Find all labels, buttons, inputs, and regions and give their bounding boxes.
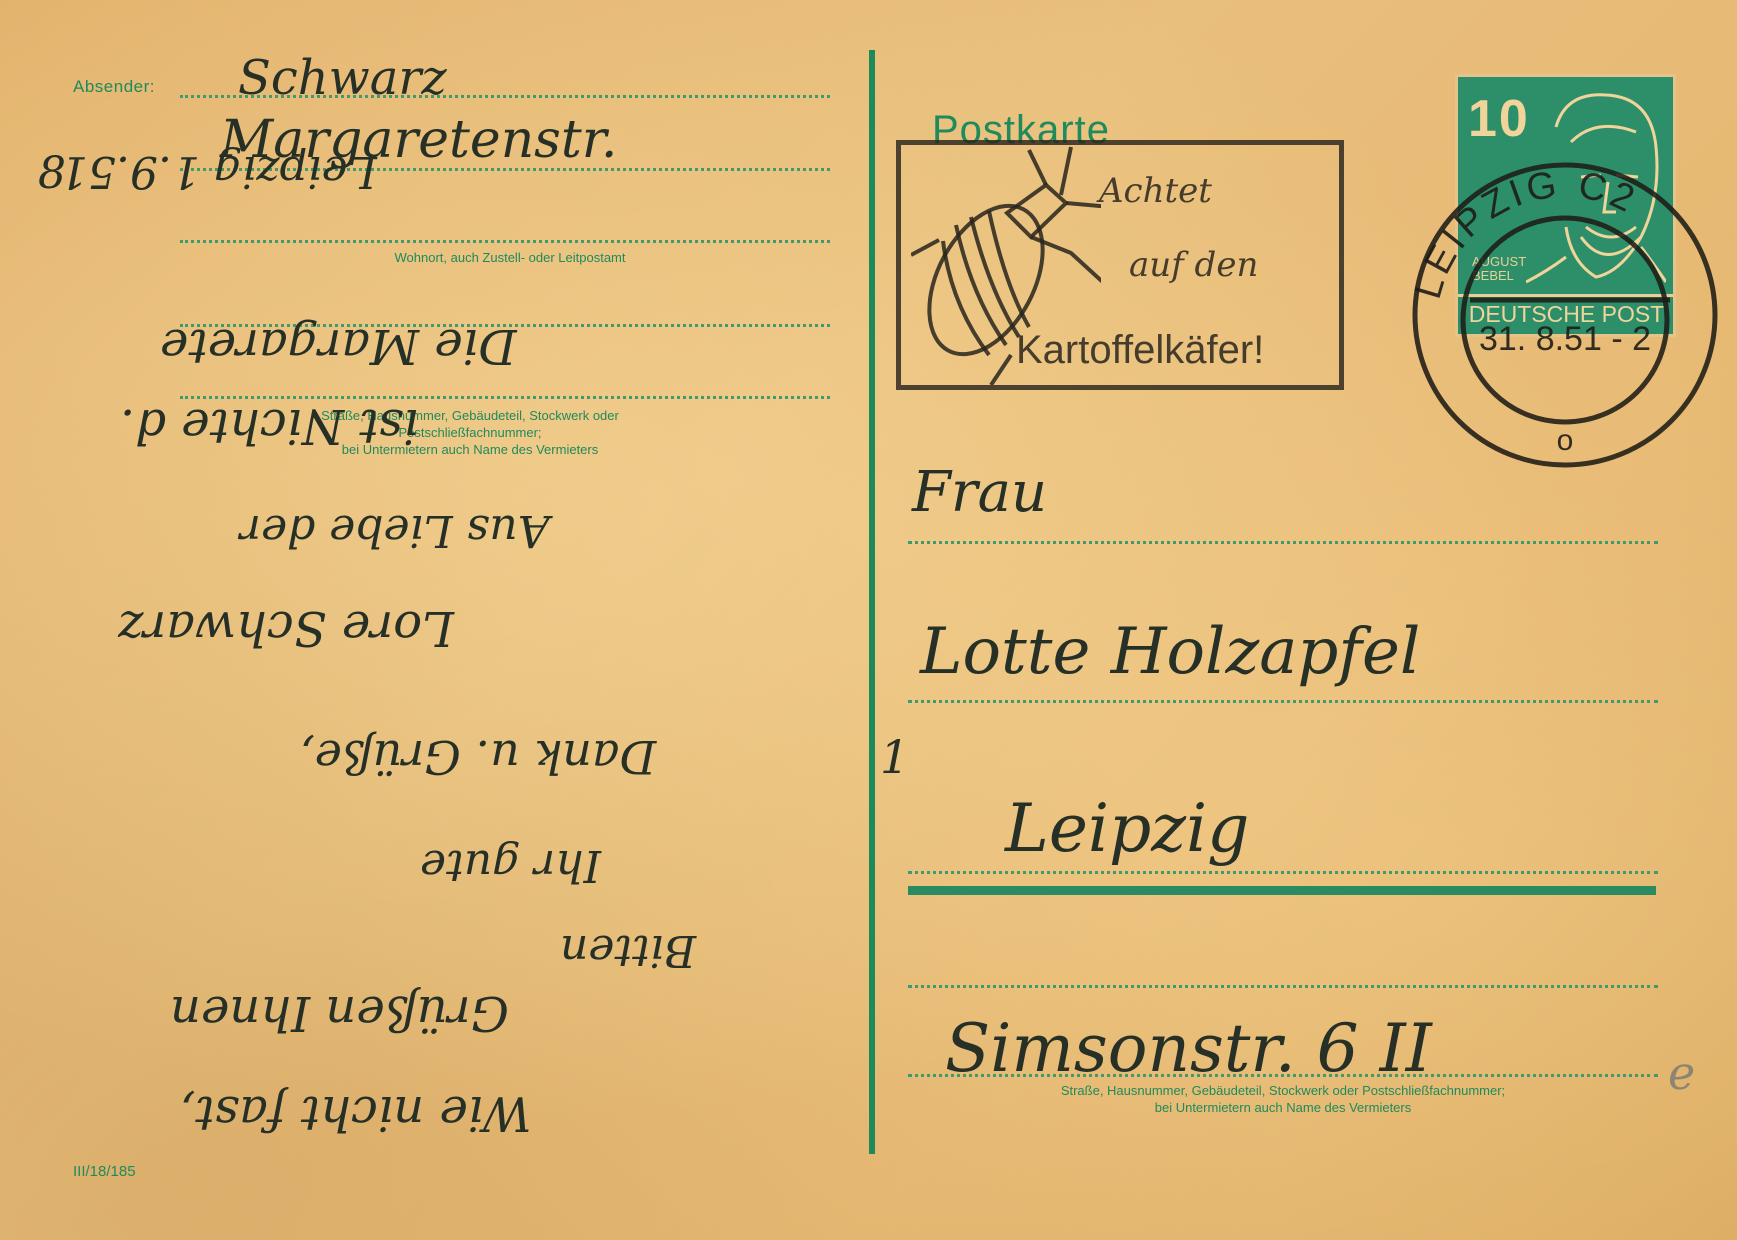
message-line: Bitten [560, 925, 696, 976]
message-line: Leipzig 1.9.51 [60, 146, 377, 197]
margin-note: 1 [880, 730, 909, 784]
recipient-salutation: Frau [912, 460, 1047, 525]
margin-note: 8 [38, 148, 66, 199]
svg-text:31. 8.51 - 2: 31. 8.51 - 2 [1479, 320, 1651, 358]
stamp-value: 10 [1468, 89, 1530, 149]
sender-line-caption: Wohnort, auch Zustell- oder Leitpostamt [320, 249, 700, 266]
message-line: Lore Schwarz [118, 600, 454, 656]
address-line-1 [908, 541, 1658, 544]
message-line: Wie nicht fast, [180, 1085, 532, 1141]
pencil-note: e [1668, 1046, 1695, 1100]
slogan-line-2: auf den [1129, 245, 1258, 285]
message-line: Die Margarete [160, 318, 517, 374]
center-divider [869, 50, 875, 1154]
recipient-city: Leipzig [1005, 790, 1249, 867]
message-line: ist Nichte d. [120, 398, 419, 454]
slogan-cancellation: Achtet auf den Kartoffelkäfer! [896, 140, 1344, 390]
address-line-3 [908, 871, 1658, 874]
svg-text:LEIPZIG C2: LEIPZIG C2 [1407, 163, 1644, 303]
svg-text:o: o [1557, 424, 1574, 457]
sender-line-3 [180, 240, 830, 243]
postmark-text: LEIPZIG C2 31. 8.51 - 2 o [1395, 145, 1735, 485]
address-line-4 [908, 985, 1658, 988]
slogan-line-3: Kartoffelkäfer! [1016, 328, 1264, 373]
message-line: Dank u. Grüße, [300, 730, 656, 784]
address-line-5 [908, 1074, 1658, 1077]
recipient-name: Lotte Holzapfel [920, 615, 1420, 689]
message-line: Ihr gute [420, 840, 601, 891]
slogan-line-1: Achtet [1099, 171, 1212, 211]
message-line: Aus Liebe der [240, 505, 549, 556]
message-line: Grüßen Ihnen [170, 985, 509, 1041]
address-line-2 [908, 700, 1658, 703]
city-underline [908, 886, 1656, 895]
postcard: Absender: Wohnort, auch Zustell- oder Le… [0, 0, 1737, 1240]
print-number: III/18/185 [73, 1163, 136, 1180]
recipient-caption: Straße, Hausnummer, Gebäudeteil, Stockwe… [908, 1082, 1658, 1116]
sender-label: Absender: [73, 77, 155, 97]
sender-name-handwritten: Schwarz [238, 50, 447, 106]
